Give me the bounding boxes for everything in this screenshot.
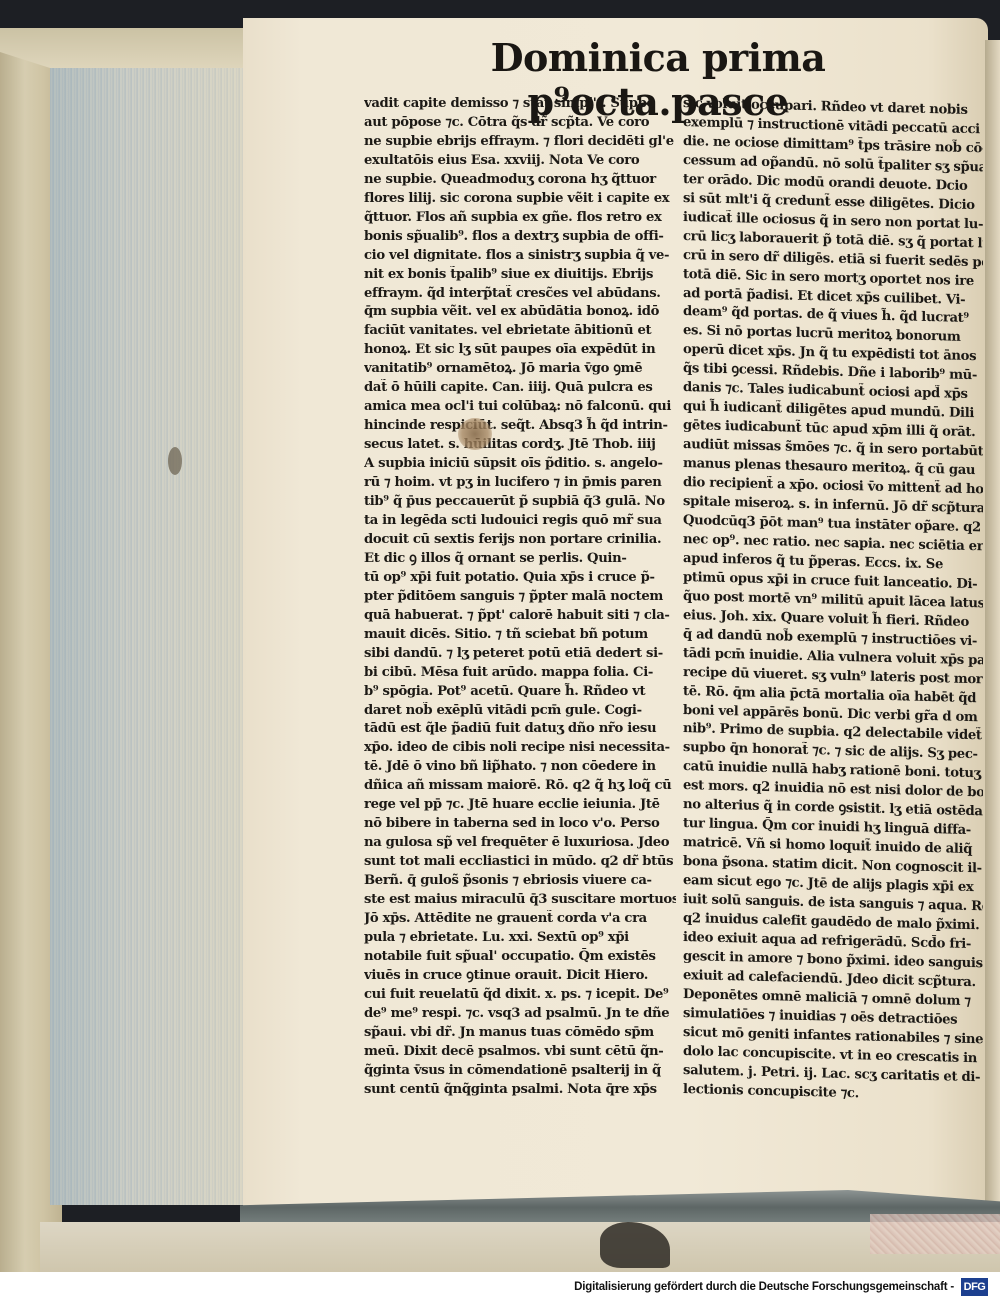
text-line: nō bibere in taberna sed in loco v'o. Pe… [364,815,676,834]
text-line: pula ⁊ ebrietate. Lu. xxi. Sextū op⁹ xp̄… [364,929,676,948]
text-line: aut pōpose ⁊c. Cōtra q̃s dr̃ scp̃ta. Ve … [364,114,676,133]
text-column-left: vadit capite demisso ⁊ stat simpl'r. Sup… [364,95,676,1100]
text-line: dñica añ missam maiorē. Rō. q2 q̃ hʒ loq… [364,777,676,796]
funding-credit: Digitalisierung gefördert durch die Deut… [574,1281,954,1293]
text-line: rege vel pp̄ ⁊c. Jtē huare ecclie ieiuni… [364,796,676,815]
text-line: exultatōis eius Esa. xxviij. Nota Ve cor… [364,152,676,171]
text-line: bonis sp̃ualib⁹. flos a dextrʒ supbia de… [364,228,676,247]
text-line: tē. Jdē ō vino bñ lip̃hato. ⁊ non cōeder… [364,758,676,777]
cover-stain [600,1222,670,1268]
page-block-edge [50,55,245,1205]
text-line: cui fuit reuelatū q̃d dixit. x. ps. ⁊ ic… [364,986,676,1005]
text-line: secus latet. s. hūilitas cordʒ. Jtē Thob… [364,436,676,455]
text-line: sunt tot mali eccliastici in mūdo. q2 dr… [364,853,676,872]
text-line: de⁹ me⁹ respi. ⁊c. vsq3 ad psalmū. Jn te… [364,1005,676,1024]
text-line: Berñ. q̄ gulos̃ p̃sonis ⁊ ebriosis viuer… [364,872,676,891]
edge-stain [168,447,182,475]
text-line: viuēs in cruce ꝯtinue orauit. Dicit Hier… [364,967,676,986]
facing-page-edge [985,40,1000,1230]
headband [870,1214,1000,1254]
book-cover-corner [0,28,250,68]
text-line: q̃ttuor. Flos añ supbia ex gñe. flos ret… [364,209,676,228]
text-line: q̃ginta v̄sus in cōmendationē psalterij … [364,1062,676,1081]
text-line: Et dic ꝯ illos q̃ ornant se perlis. Quin… [364,550,676,569]
text-line: xp̄o. ideo de cibis noli recipe nisi nec… [364,739,676,758]
text-line: Jō xp̄s. Attēdite ne grauent̃ corda v'a … [364,910,676,929]
dfg-logo[interactable]: DFG [961,1278,988,1296]
text-line: meū. Dixit decē psalmos. vbi sunt cētū q… [364,1043,676,1062]
text-line: pter p̃ditōem sanguis ⁊ p̃pter malā noct… [364,588,676,607]
text-line: daret nob̃ exēplū vitādi pcm̄ gule. Cogi… [364,702,676,721]
text-line: ne supbie ebrijs effraym. ⁊ flori decidē… [364,133,676,152]
text-line: flores lilij. sic corona supbie vẽit i c… [364,190,676,209]
footer-bar: Digitalisierung gefördert durch die Deut… [0,1272,1000,1302]
text-line: tādū est q̃le p̃adiū fuit datuʒ dño nr̃o… [364,720,676,739]
text-line: faciūt vanitates. vel ebrietate ābitionū… [364,322,676,341]
text-line: notabile fuit sp̃ual' occupatio. Q̄m exi… [364,948,676,967]
text-line: bi cibū. Mēsa fuit arūdo. mappa folia. C… [364,664,676,683]
book-scan: Dominica prima p⁹octa.pasce vadit capite… [0,0,1000,1272]
text-line: dat̃ ō hūili capite. Can. iiij. Quā pulc… [364,379,676,398]
text-line: ta in legēda scti ludouici regis quō mr̃… [364,512,676,531]
text-line: b⁹ spōgia. Pot⁹ acetū. Quare h̃. Rñdeo v… [364,683,676,702]
text-line: na gulosa sp̃ vel frequēter ē luxuriosa.… [364,834,676,853]
text-line: cio vel dignitate. flos a sinistrʒ supbi… [364,247,676,266]
text-line: rū ⁊ hoim. vt pʒ in lucifero ⁊ in p̄mis … [364,474,676,493]
text-line: amica mea ocl'i tui colūbaꝝ: nō falconū.… [364,398,676,417]
text-line: sibi dandū. ⁊ lʒ peteret potū etiā deder… [364,645,676,664]
text-line: ne supbie. Queadmoduʒ corona hʒ q̃ttuor [364,171,676,190]
text-line: sp̃aui. vbi dr̃. Jn manus tuas cōmēdo sp… [364,1024,676,1043]
text-line: A supbia iniciū sūpsit oīs p̃ditio. s. a… [364,455,676,474]
book-cover-bottom [40,1222,1000,1272]
text-line: ste est maius miraculū q̄3 suscitare mor… [364,891,676,910]
text-line: hincinde respiciūt. seq̃t. Absq3 h̃ q̃d … [364,417,676,436]
text-line: mauit dicēs. Sitio. ⁊ tñ sciebat bñ potu… [364,626,676,645]
text-line: vanitatib⁹ ornamētoꝝ. Jō maria v̄go ꝯmē [364,360,676,379]
text-line: quā habuerat. ⁊ p̃pt' calorē habuit siti… [364,607,676,626]
text-line: q̄m supbia vẽit. vel ex abūdātia bonoꝝ. … [364,303,676,322]
text-line: sunt centū q̃nq̃ginta psalmi. Nota q̄re … [364,1081,676,1100]
text-line: effraym. q̃d interp̃tat̃ cresc̃es vel ab… [364,285,676,304]
text-line: tū op⁹ xp̄i fuit potatio. Quia xp̄s i cr… [364,569,676,588]
text-line: nit ex bonis t̃palib⁹ siue ex diuitijs. … [364,266,676,285]
text-line: docuit cū sextis ferijs non portare crin… [364,531,676,550]
text-column-right: sic voluit occupari. Rñdeo vt daret nobi… [683,95,983,1107]
text-line: tib⁹ q̃ p̄us peccauerūt p̃ supbiā q̄3 gu… [364,493,676,512]
paper-stain [458,418,492,450]
text-line: vadit capite demisso ⁊ stat simpl'r. Sup… [364,95,676,114]
text-line: honoꝝ. Et sic lʒ sūt paupes oīa expēdūt … [364,341,676,360]
